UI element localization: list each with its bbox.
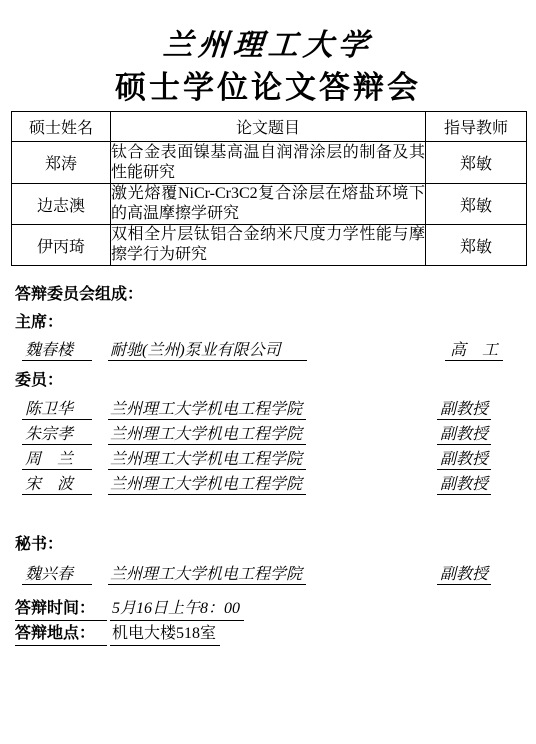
col-header-student-name: 硕士姓名 [12, 112, 111, 142]
defense-location-value: 机电大楼518室 [110, 624, 220, 646]
advisor-name: 郑敏 [426, 225, 527, 266]
committee-section-title: 答辩委员会组成： [15, 287, 536, 303]
person-title: 副教授 [437, 425, 491, 445]
chair-label: 主席： [15, 315, 536, 331]
advisor-name: 郑敏 [426, 184, 527, 225]
page: 兰州理工大学 硕士学位论文答辩会 硕士姓名 论文题目 指导教师 郑涛 钛合金表面… [0, 26, 536, 647]
defense-location-label: 答辩地点： [15, 624, 107, 646]
defense-table: 硕士姓名 论文题目 指导教师 郑涛 钛合金表面镍基高温自润滑涂层的制备及其性能研… [11, 111, 527, 266]
university-logo-calligraphy: 兰州理工大学 [0, 26, 536, 66]
table-header-row: 硕士姓名 论文题目 指导教师 [12, 112, 527, 142]
advisor-name: 郑敏 [426, 142, 527, 184]
secretary-row: 魏兴春 兰州理工大学机电工程学院 副教授 [0, 562, 536, 587]
defense-location-row: 答辩地点： 机电大楼518室 [0, 622, 536, 647]
person-affiliation: 兰州理工大学机电工程学院 [108, 400, 306, 420]
members-list: 陈卫华 兰州理工大学机电工程学院 副教授 朱宗孝 兰州理工大学机电工程学院 副教… [0, 397, 536, 497]
secretary-label: 秘书： [15, 537, 536, 553]
thesis-title: 钛合金表面镍基高温自润滑涂层的制备及其性能研究 [111, 142, 426, 184]
student-name: 郑涛 [12, 142, 111, 184]
table-row: 伊丙琦 双相全片层钛铝合金纳米尺度力学性能与摩擦学行为研究 郑敏 [12, 225, 527, 266]
person-title: 副教授 [437, 450, 491, 470]
person-title: 副教授 [437, 475, 491, 495]
student-name: 边志澳 [12, 184, 111, 225]
person-title: 副教授 [437, 565, 491, 585]
person-name: 魏春楼 [22, 341, 92, 361]
table-row: 边志澳 激光熔覆NiCr-Cr3C2复合涂层在熔盐环境下的高温摩擦学研究 郑敏 [12, 184, 527, 225]
person-affiliation: 兰州理工大学机电工程学院 [108, 425, 306, 445]
col-header-thesis-title: 论文题目 [111, 112, 426, 142]
page-title: 硕士学位论文答辩会 [0, 69, 536, 107]
person-affiliation: 耐驰(兰州)泵业有限公司 [108, 341, 307, 361]
person-title: 高 工 [445, 341, 503, 361]
member-row: 周 兰 兰州理工大学机电工程学院 副教授 [0, 447, 536, 472]
person-affiliation: 兰州理工大学机电工程学院 [108, 450, 306, 470]
col-header-advisor: 指导教师 [426, 112, 527, 142]
members-label: 委员： [15, 373, 536, 389]
person-name: 宋 波 [22, 475, 92, 495]
thesis-title: 激光熔覆NiCr-Cr3C2复合涂层在熔盐环境下的高温摩擦学研究 [111, 184, 426, 225]
thesis-title: 双相全片层钛铝合金纳米尺度力学性能与摩擦学行为研究 [111, 225, 426, 266]
defense-time-row: 答辩时间： 5月16日上午8：00 [0, 597, 536, 622]
defense-time-value: 5月16日上午8：00 [110, 599, 244, 621]
person-title: 副教授 [437, 400, 491, 420]
member-row: 宋 波 兰州理工大学机电工程学院 副教授 [0, 472, 536, 497]
person-name: 朱宗孝 [22, 425, 92, 445]
person-name: 周 兰 [22, 450, 92, 470]
table-row: 郑涛 钛合金表面镍基高温自润滑涂层的制备及其性能研究 郑敏 [12, 142, 527, 184]
person-name: 陈卫华 [22, 400, 92, 420]
defense-time-label: 答辩时间： [15, 599, 107, 621]
person-affiliation: 兰州理工大学机电工程学院 [108, 565, 306, 585]
person-affiliation: 兰州理工大学机电工程学院 [108, 475, 306, 495]
person-name: 魏兴春 [22, 565, 92, 585]
member-row: 陈卫华 兰州理工大学机电工程学院 副教授 [0, 397, 536, 422]
member-row: 朱宗孝 兰州理工大学机电工程学院 副教授 [0, 422, 536, 447]
chair-row: 魏春楼 耐驰(兰州)泵业有限公司 高 工 [0, 338, 536, 363]
student-name: 伊丙琦 [12, 225, 111, 266]
